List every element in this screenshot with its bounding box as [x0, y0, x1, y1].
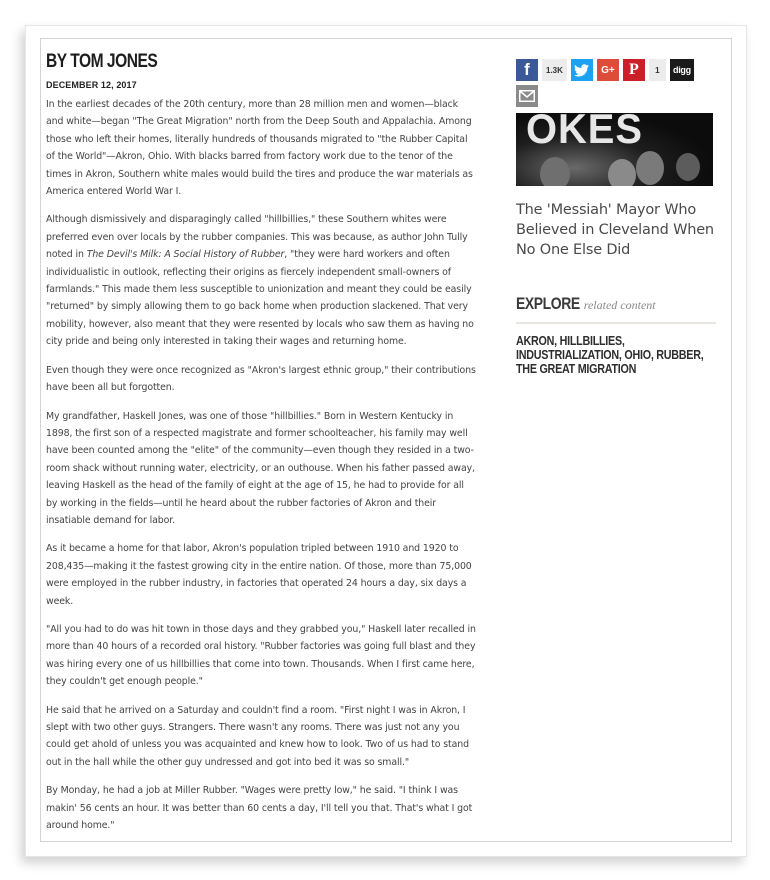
article-paragraph: He said that he arrived on a Saturday an…: [46, 702, 476, 772]
tag-link[interactable]: THE GREAT MIGRATION: [516, 362, 636, 376]
tag-link[interactable]: RUBBER: [656, 348, 700, 362]
promo-image-figure: [636, 151, 664, 185]
promo-image-sign-text: OKES: [526, 113, 643, 153]
article-paragraph: Although dismissively and disparagingly …: [46, 211, 476, 350]
explore-heading: EXPLORE: [516, 294, 580, 314]
digg-icon: digg: [673, 65, 691, 75]
promo-image-figure: [540, 157, 570, 186]
article-paragraph: By Monday, he had a job at Miller Rubber…: [46, 782, 476, 834]
email-share-button[interactable]: [516, 85, 538, 107]
share-bar-row-2: [516, 85, 716, 107]
article-paragraph: As it became a home for that labor, Akro…: [46, 540, 476, 610]
byline: BY TOM JONES: [46, 50, 399, 74]
share-bar: f 1.3K G+ P 1 digg: [516, 59, 716, 81]
article-paragraph: My grandfather, Haskell Jones, was one o…: [46, 408, 476, 530]
tag-separator: ,: [622, 334, 625, 348]
publish-date: DECEMBER 12, 2017: [46, 80, 476, 90]
promo-title-link[interactable]: The 'Messiah' Mayor Who Believed in Clev…: [516, 200, 716, 260]
book-title: The Devil's Milk: A Social History of Ru…: [87, 249, 285, 260]
facebook-icon: f: [524, 60, 530, 80]
pinterest-share-count: 1: [649, 59, 666, 81]
article-paragraph: In the earliest decades of the 20th cent…: [46, 96, 476, 200]
google-plus-icon: G+: [601, 65, 615, 76]
facebook-share-button[interactable]: f: [516, 59, 538, 81]
promo-image-figure: [608, 159, 636, 186]
tag-link[interactable]: AKRON: [516, 334, 554, 348]
promo-image-figure: [676, 153, 700, 181]
pinterest-share-button[interactable]: P: [623, 59, 645, 81]
paragraph-text: , "they were hard workers and often indi…: [46, 249, 474, 347]
explore-header: EXPLORE related content: [516, 294, 716, 324]
promo-image[interactable]: OKES: [516, 113, 713, 186]
twitter-icon: [574, 64, 589, 77]
digg-share-button[interactable]: digg: [670, 59, 694, 81]
tag-list: AKRON, HILLBILLIES, INDUSTRIALIZATION, O…: [516, 334, 716, 376]
google-plus-share-button[interactable]: G+: [597, 59, 619, 81]
tag-separator: ,: [701, 348, 704, 362]
article: BY TOM JONES DECEMBER 12, 2017 In the ea…: [46, 50, 476, 845]
pinterest-icon: P: [629, 61, 639, 79]
envelope-icon: [519, 90, 535, 102]
facebook-share-count: 1.3K: [542, 59, 567, 81]
twitter-share-button[interactable]: [571, 59, 593, 81]
explore-subheading: related content: [584, 298, 656, 313]
tag-link[interactable]: HILLBILLIES: [560, 334, 622, 348]
article-paragraph: "All you had to do was hit town in those…: [46, 621, 476, 691]
sidebar: f 1.3K G+ P 1 digg OKES The 'Messiah' Ma…: [516, 59, 716, 376]
tag-link[interactable]: INDUSTRIALIZATION: [516, 348, 619, 362]
tag-link[interactable]: OHIO: [624, 348, 650, 362]
article-paragraph: Even though they were once recognized as…: [46, 362, 476, 397]
